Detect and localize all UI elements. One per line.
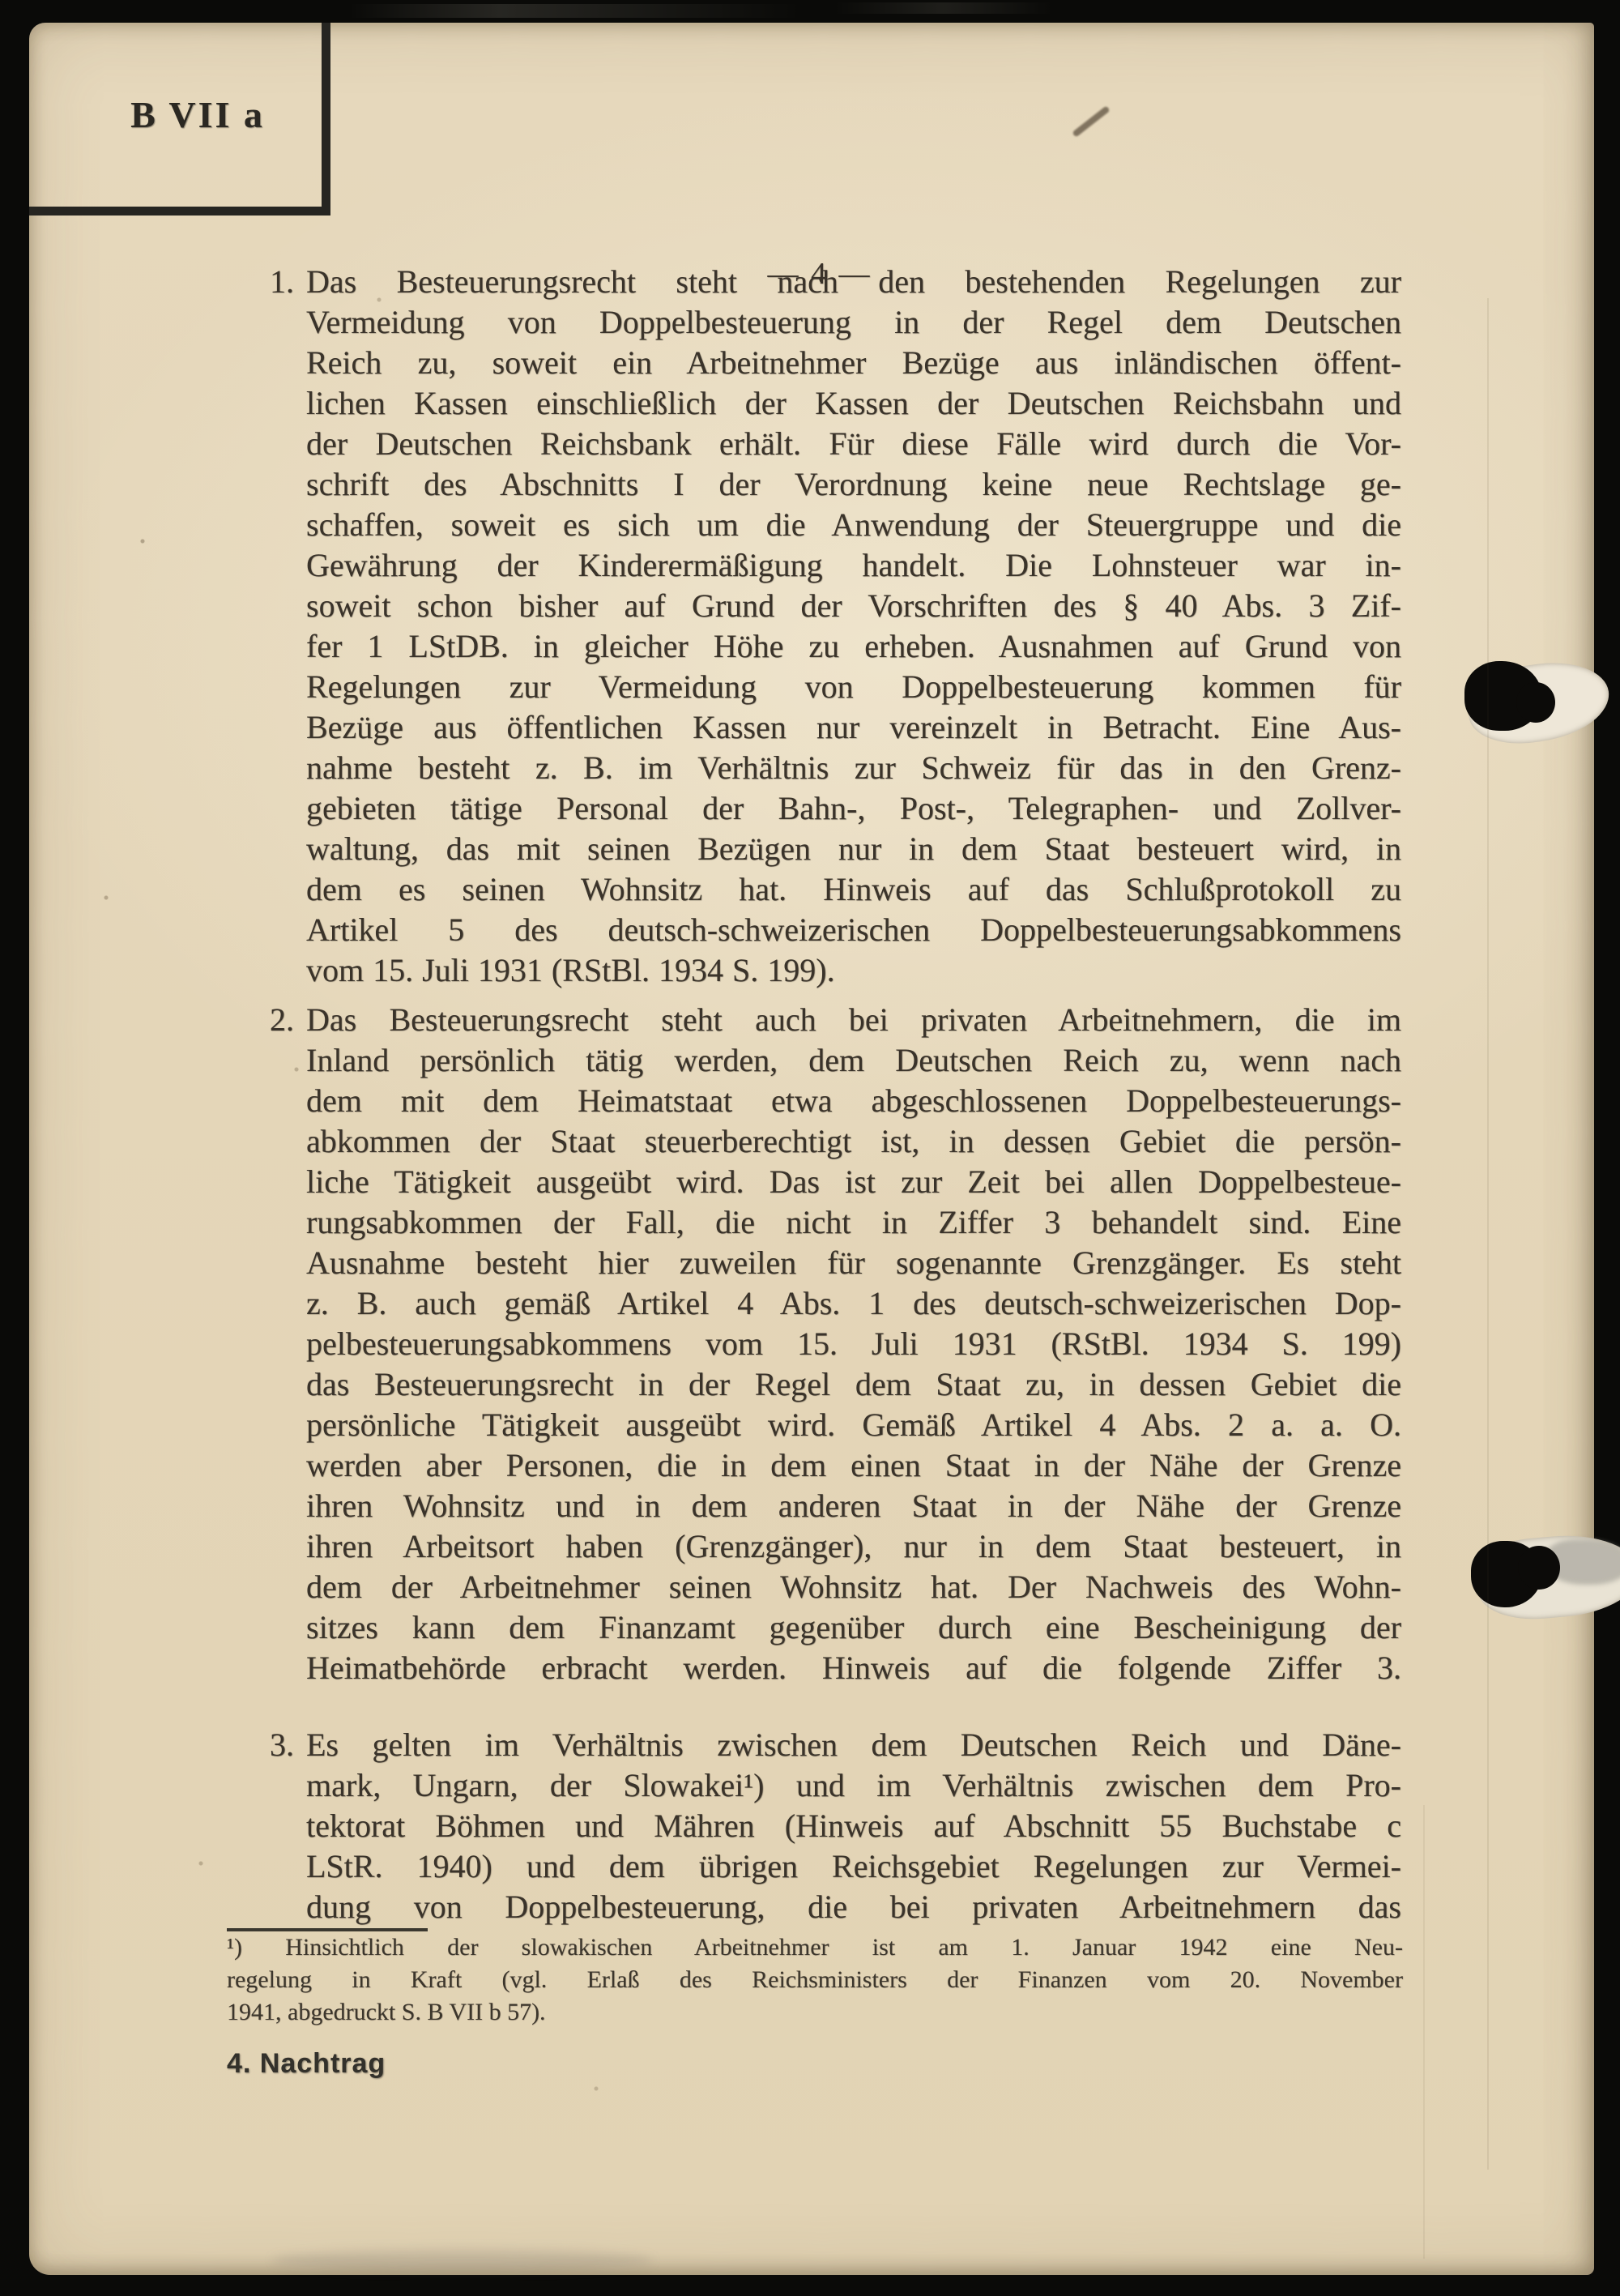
text-line: Reich zu, soweit ein Arbeitnehmer Bezüge… (306, 343, 1401, 383)
text-line: vom 15. Juli 1931 (RStBl. 1934 S. 199). (306, 950, 1401, 991)
text-line: z. B. auch gemäß Artikel 4 Abs. 1 des de… (306, 1283, 1401, 1324)
paragraph-2-text: Das Besteuerungsrecht steht auch bei pri… (306, 1000, 1401, 1688)
text-line: fer 1 LStDB. in gleicher Höhe zu erheben… (306, 626, 1401, 667)
section-label-box: B VII a (29, 23, 330, 216)
paragraph-3: 3. Es gelten im Verhältnis zwischen dem … (270, 1725, 1401, 1927)
text-line: abkommen der Staat steuerberechtigt ist,… (306, 1121, 1401, 1162)
text-line: LStR. 1940) und dem übrigen Reichsgebiet… (306, 1846, 1401, 1887)
text-line: mark, Ungarn, der Slowakei¹) und im Verh… (306, 1765, 1401, 1806)
text-line: ihren Arbeitsort haben (Grenzgänger), nu… (306, 1526, 1401, 1567)
text-line: Das Besteuerungsrecht steht nach den bes… (306, 262, 1401, 302)
text-line: ihren Wohnsitz und in dem anderen Staat … (306, 1486, 1401, 1526)
punch-hole-top (1464, 661, 1542, 731)
paragraph-3-text: Es gelten im Verhältnis zwischen dem Deu… (306, 1725, 1401, 1927)
scan-artifact-streak (348, 4, 802, 18)
text-line: waltung, das mit seinen Bezügen nur in d… (306, 829, 1401, 869)
text-line: dung von Doppelbesteuerung, die bei priv… (306, 1887, 1401, 1927)
text-line: sitzes kann dem Finanzamt gegenüber durc… (306, 1607, 1401, 1648)
pen-mark (1072, 105, 1110, 138)
text-line: nahme besteht z. B. im Verhältnis zur Sc… (306, 748, 1401, 788)
text-line: der Deutschen Reichsbank erhält. Für die… (306, 424, 1401, 464)
paragraph-1-number: 1. (270, 262, 294, 302)
text-line: Regelungen zur Vermeidung von Doppelbest… (306, 667, 1401, 707)
footnote-line: 1941, abgedruckt S. B VII b 57). (227, 1996, 1403, 2029)
text-line: dem es seinen Wohnsitz hat. Hinweis auf … (306, 869, 1401, 910)
paper-crease (1487, 298, 1489, 2170)
text-line: Bezüge aus öffentlichen Kassen nur verei… (306, 707, 1401, 748)
text-line: Artikel 5 des deutsch-schweizerischen Do… (306, 910, 1401, 950)
document-page: B VII a — 4 — 1. Das Besteuerungsrecht s… (29, 23, 1594, 2275)
text-line: gebieten tätige Personal der Bahn-, Post… (306, 788, 1401, 829)
text-line: Vermeidung von Doppelbesteuerung in der … (306, 302, 1401, 343)
smudge (272, 2249, 653, 2272)
footer-label: 4. Nachtrag (227, 2048, 386, 2080)
text-line: soweit schon bisher auf Grund der Vorsch… (306, 586, 1401, 626)
text-line: Inland persönlich tätig werden, dem Deut… (306, 1040, 1401, 1081)
paragraph-1: 1. Das Besteuerungsrecht steht nach den … (270, 262, 1401, 991)
text-line: Es gelten im Verhältnis zwischen dem Deu… (306, 1725, 1401, 1765)
paper-crease (1423, 1805, 1425, 2259)
scan-artifact-streak (834, 2, 1053, 14)
text-line: Heimatbehörde erbracht werden. Hinweis a… (306, 1648, 1401, 1688)
text-line: werden aber Personen, die in dem einen S… (306, 1445, 1401, 1486)
paragraph-2: 2. Das Besteuerungsrecht steht auch bei … (270, 1000, 1401, 1688)
text-line: pelbesteuerungsabkommens vom 15. Juli 19… (306, 1324, 1401, 1364)
section-label: B VII a (130, 93, 265, 136)
text-line: rungsabkommen der Fall, die nicht in Zif… (306, 1202, 1401, 1243)
paragraph-1-text: Das Besteuerungsrecht steht nach den bes… (306, 262, 1401, 991)
text-line: persönliche Tätigkeit ausgeübt wird. Gem… (306, 1405, 1401, 1445)
text-line: dem mit dem Heimatstaat etwa abgeschloss… (306, 1081, 1401, 1121)
paragraph-3-number: 3. (270, 1725, 294, 1765)
footnote-line: regelung in Kraft (vgl. Erlaß des Reichs… (227, 1964, 1403, 1996)
text-line: das Besteuerungsrecht in der Regel dem S… (306, 1364, 1401, 1405)
footnote-line: ¹) Hinsichtlich der slowakischen Arbeitn… (227, 1931, 1403, 1964)
footnote: ¹) Hinsichtlich der slowakischen Arbeitn… (227, 1931, 1403, 2029)
text-line: lichen Kassen einschließlich der Kassen … (306, 383, 1401, 424)
text-line: dem der Arbeitnehmer seinen Wohnsitz hat… (306, 1567, 1401, 1607)
text-line: schrift des Abschnitts I der Verordnung … (306, 464, 1401, 505)
paragraph-2-number: 2. (270, 1000, 294, 1040)
text-line: Gewährung der Kinderermäßigung handelt. … (306, 545, 1401, 586)
text-line: tektorat Böhmen und Mähren (Hinweis auf … (306, 1806, 1401, 1846)
text-line: Ausnahme besteht hier zuweilen für sogen… (306, 1243, 1401, 1283)
text-line: liche Tätigkeit ausgeübt wird. Das ist z… (306, 1162, 1401, 1202)
text-line: Das Besteuerungsrecht steht auch bei pri… (306, 1000, 1401, 1040)
text-line: schaffen, soweit es sich um die Anwendun… (306, 505, 1401, 545)
